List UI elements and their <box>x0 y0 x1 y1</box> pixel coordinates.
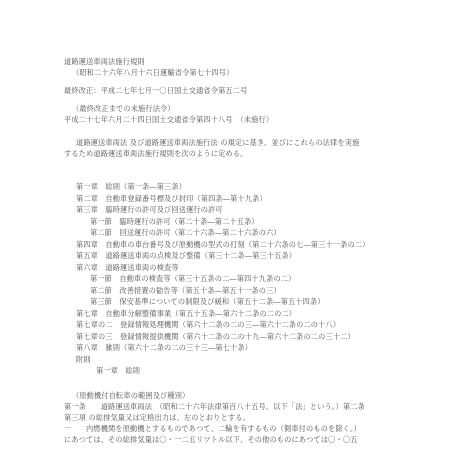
article-line: にあつては、その総排気量は〇・一二五リツトル以下、その他のものにあつては〇・〇五 <box>64 435 358 444</box>
document-title: 道路運送車両法施行規則 <box>64 57 145 66</box>
toc-item[interactable]: 第七章の二 登録情報処理機関（第六十二条の二の三―第六十二条の二の十八） <box>76 320 340 329</box>
preamble-line-1: 道路運送車両法 及び道路運送車両法施行法 の規定に基き、並びにこれらの法律を実施 <box>76 138 359 147</box>
pending-label: （最終改正までの未施行法令） <box>72 104 175 113</box>
toc-item[interactable]: 第三節 保安基準についての制限及び緩和（第五十二条―第五十四条） <box>90 297 325 306</box>
article-heading: （原動機付自転車の範囲及び種別） <box>72 391 189 400</box>
toc-item[interactable]: 第七章 自動車分解整備事業（第五十五条―第六十二条の二の二） <box>76 309 296 318</box>
toc-item[interactable]: 第一節 臨時運行の許可（第二十条―第二十五条） <box>90 217 259 226</box>
toc-item[interactable]: 第六章 道路運送車両の検査等 <box>76 263 179 272</box>
pending-law: 平成二十七年六月二十四日国土交通省令第四十八号 （未施行） <box>64 115 273 124</box>
toc-item[interactable]: 第一節 自動車の検査等（第三十五条の二―第四十九条の二） <box>90 274 295 283</box>
enactment-info: （昭和二十六年八月十六日運輸省令第七十四号） <box>72 68 233 77</box>
toc-item[interactable]: 第一章 総則（第一条―第三条） <box>76 182 186 191</box>
article-line: 一 内燃機関を原動機とするものであつて、二輪を有するもの（側車付のものを除く。） <box>64 424 361 433</box>
article-line: 第一条 道路運送車両法 （昭和二十六年法律第百八十五号。以下「法」という。）第二… <box>64 402 365 411</box>
toc-item[interactable]: 第三章 臨時運行の許可及び回送運行の許可 <box>76 205 223 214</box>
toc-item[interactable]: 第八章 雑則（第六十二条の二の三十三―第七十条） <box>76 343 252 352</box>
toc-item[interactable]: 第四章 自動車の車台番号及び原動機の型式の打刻（第二十六条の七―第三十一条の二） <box>76 240 370 249</box>
last-amendment: 最終改正：平成二七年七月一〇日国土交通省令第五二号 <box>64 86 247 95</box>
toc-item[interactable]: 第五章 道路運送車両の点検及び整備（第三十二条―第三十五条） <box>76 251 296 260</box>
document-page: 道路運送車両法施行規則 （昭和二十六年八月十六日運輸省令第七十四号） 最終改正：… <box>0 0 453 453</box>
toc-item[interactable]: 第七章の三 登録情報提供機関（第六十二条の二の十九―第六十二条の二の三十二） <box>76 332 355 341</box>
toc-item[interactable]: 第二節 回送運行の許可（第二十六条―第二十六条の六） <box>90 228 281 237</box>
toc-item[interactable]: 第二節 改善措置の勧告等（第五十条―第五十一条の三） <box>90 286 281 295</box>
preamble-line-2: するため道路運送車両法施行規則を次のように定める。 <box>64 149 247 158</box>
toc-item[interactable]: 第一章 総則 <box>96 366 140 375</box>
article-line: 第三項 の総排気量又は定格出力は、左のとおりとする。 <box>64 413 250 422</box>
toc-item[interactable]: 第二章 自動車登録番号標及び封印（第四条―第十九条） <box>76 194 267 203</box>
toc-item-supplementary[interactable]: 附則 <box>76 355 91 364</box>
